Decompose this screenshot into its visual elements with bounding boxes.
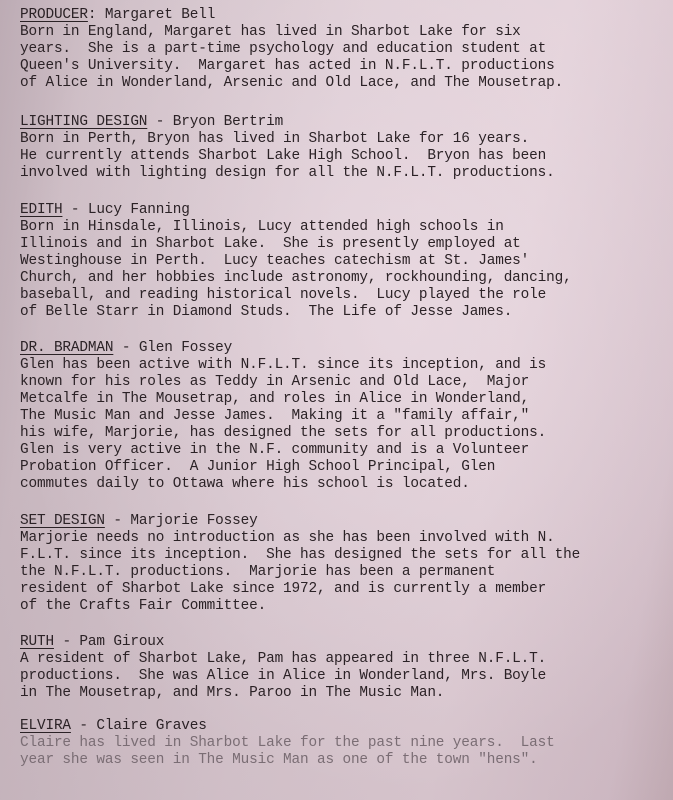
bio-line: known for his roles as Teddy in Arsenic …: [20, 374, 670, 391]
bio-line: A resident of Sharbot Lake, Pam has appe…: [20, 651, 670, 668]
separator: -: [71, 718, 96, 734]
bio-line: Born in Perth, Bryon has lived in Sharbo…: [20, 131, 670, 148]
section-elvira: ELVIRA - Claire Graves Claire has lived …: [20, 718, 670, 769]
bio-line: Illinois and in Sharbot Lake. She is pre…: [20, 236, 670, 253]
bio-line: The Music Man and Jesse James. Making it…: [20, 408, 670, 425]
bio-line: Born in England, Margaret has lived in S…: [20, 24, 670, 41]
section-dr-bradman: DR. BRADMAN - Glen Fossey Glen has been …: [20, 340, 670, 493]
bio-line: baseball, and reading historical novels.…: [20, 287, 670, 304]
section-heading: SET DESIGN - Marjorie Fossey: [20, 513, 670, 530]
section-lighting-design: LIGHTING DESIGN - Bryon Bertrim Born in …: [20, 114, 670, 182]
bio-line: Probation Officer. A Junior High School …: [20, 459, 670, 476]
bio-line: resident of Sharbot Lake since 1972, and…: [20, 581, 670, 598]
person-name: Lucy Fanning: [88, 202, 190, 218]
bio-line: Westinghouse in Perth. Lucy teaches cate…: [20, 253, 670, 270]
bio-line: Claire has lived in Sharbot Lake for the…: [20, 735, 670, 752]
bio-line: productions. She was Alice in Alice in W…: [20, 668, 670, 685]
section-heading: ELVIRA - Claire Graves: [20, 718, 670, 735]
section-heading: RUTH - Pam Giroux: [20, 634, 670, 651]
bio-line: Church, and her hobbies include astronom…: [20, 270, 670, 287]
bio-line: Glen is very active in the N.F. communit…: [20, 442, 670, 459]
separator: :: [88, 7, 105, 23]
bio-line: of Alice in Wonderland, Arsenic and Old …: [20, 75, 670, 92]
section-edith: EDITH - Lucy Fanning Born in Hinsdale, I…: [20, 202, 670, 321]
role-title: EDITH: [20, 202, 62, 218]
person-name: Pam Giroux: [79, 634, 164, 650]
section-heading: LIGHTING DESIGN - Bryon Bertrim: [20, 114, 670, 131]
person-name: Glen Fossey: [139, 340, 232, 356]
bio-line: commutes daily to Ottawa where his schoo…: [20, 476, 670, 493]
role-title: DR. BRADMAN: [20, 340, 113, 356]
role-title: PRODUCER: [20, 7, 88, 23]
separator: -: [147, 114, 172, 130]
section-set-design: SET DESIGN - Marjorie Fossey Marjorie ne…: [20, 513, 670, 615]
bio-line: Born in Hinsdale, Illinois, Lucy attende…: [20, 219, 670, 236]
bio-line: Metcalfe in The Mousetrap, and roles in …: [20, 391, 670, 408]
bio-line: F.L.T. since its inception. She has desi…: [20, 547, 670, 564]
bio-line: in The Mousetrap, and Mrs. Paroo in The …: [20, 685, 670, 702]
section-heading: EDITH - Lucy Fanning: [20, 202, 670, 219]
bio-line: He currently attends Sharbot Lake High S…: [20, 148, 670, 165]
paper-page: PRODUCER: Margaret Bell Born in England,…: [0, 0, 673, 800]
bio-line: year she was seen in The Music Man as on…: [20, 752, 670, 769]
bio-line: the N.F.L.T. productions. Marjorie has b…: [20, 564, 670, 581]
bio-line: of Belle Starr in Diamond Studs. The Lif…: [20, 304, 670, 321]
bio-line: Queen's University. Margaret has acted i…: [20, 58, 670, 75]
role-title: LIGHTING DESIGN: [20, 114, 147, 130]
section-heading: DR. BRADMAN - Glen Fossey: [20, 340, 670, 357]
bio-line: involved with lighting design for all th…: [20, 165, 670, 182]
section-heading: PRODUCER: Margaret Bell: [20, 7, 670, 24]
bio-line: his wife, Marjorie, has designed the set…: [20, 425, 670, 442]
separator: -: [105, 513, 130, 529]
bio-line: of the Crafts Fair Committee.: [20, 598, 670, 615]
person-name: Marjorie Fossey: [130, 513, 257, 529]
person-name: Claire Graves: [96, 718, 206, 734]
separator: -: [62, 202, 87, 218]
person-name: Bryon Bertrim: [173, 114, 283, 130]
bio-line: years. She is a part-time psychology and…: [20, 41, 670, 58]
role-title: SET DESIGN: [20, 513, 105, 529]
person-name: Margaret Bell: [105, 7, 215, 23]
section-ruth: RUTH - Pam Giroux A resident of Sharbot …: [20, 634, 670, 702]
section-producer: PRODUCER: Margaret Bell Born in England,…: [20, 7, 670, 92]
role-title: ELVIRA: [20, 718, 71, 734]
cast-bio-document: PRODUCER: Margaret Bell Born in England,…: [20, 7, 670, 787]
role-title: RUTH: [20, 634, 54, 650]
separator: -: [54, 634, 79, 650]
bio-line: Glen has been active with N.F.L.T. since…: [20, 357, 670, 374]
separator: -: [113, 340, 138, 356]
bio-line: Marjorie needs no introduction as she ha…: [20, 530, 670, 547]
